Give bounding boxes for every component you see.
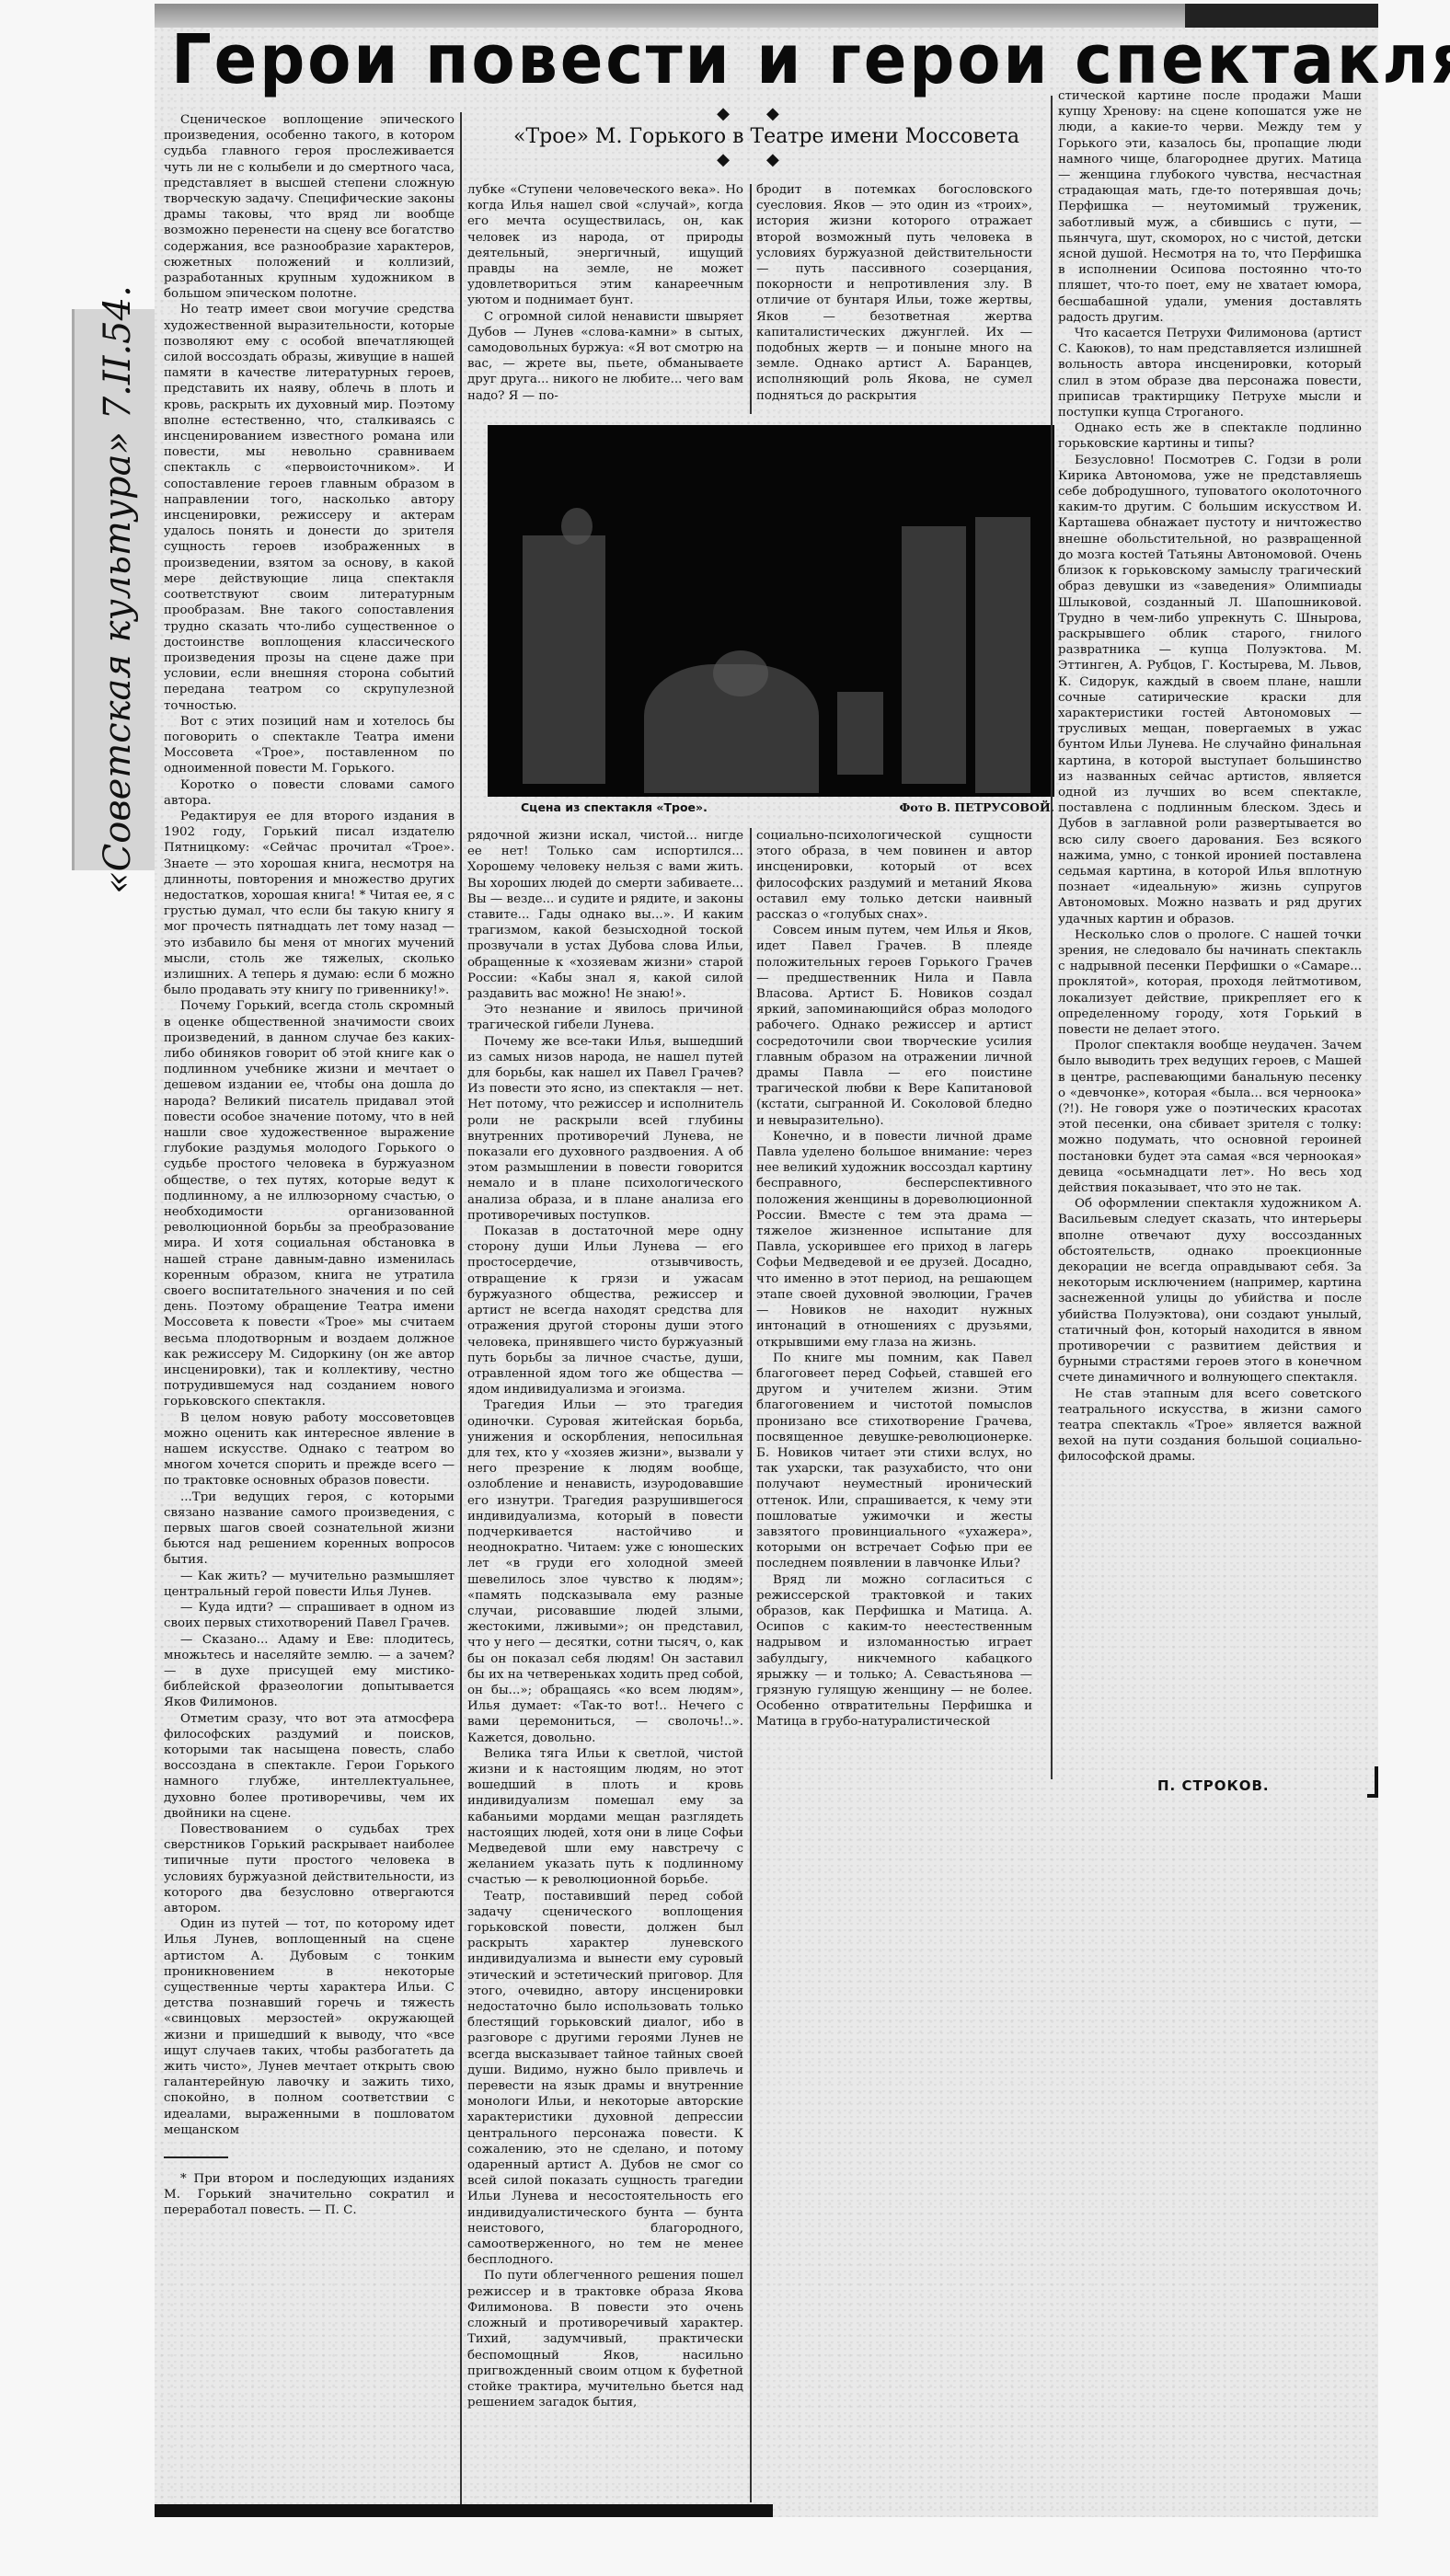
paragraph: Редактируя ее для второго издания в 1902… <box>164 809 455 998</box>
paragraph: рядочной жизни искал, чистой... нигде ее… <box>467 828 743 1002</box>
paragraph: Театр, поставивший перед собой задачу сц… <box>467 1889 743 2269</box>
column-1: Сценическое воплощение эпического произв… <box>164 112 455 2219</box>
corner-bracket <box>1367 1766 1378 1798</box>
paragraph: стической картине после продажи Маши куп… <box>1058 88 1362 326</box>
paragraph: Повествованием о судьбах трех сверстнико… <box>164 1822 455 1916</box>
footnote-divider <box>164 2156 228 2158</box>
paragraph: С огромной силой ненависти швыряет Дубов… <box>467 309 743 404</box>
column-2-top: лубке «Ступени человеческого века». Но к… <box>467 182 743 404</box>
paragraph: Совсем иным путем, чем Илья и Яков, идет… <box>756 923 1032 1129</box>
column-3: социально-психологической сущности этого… <box>756 828 1032 1731</box>
caption-text: Сцена из спектакля «Трое». <box>521 800 708 814</box>
paragraph: Сценическое воплощение эпического произв… <box>164 112 455 302</box>
paragraph: По книге мы помним, как Павел благоговее… <box>756 1351 1032 1572</box>
photo-credit: Фото В. ПЕТРУСОВОЙ. <box>899 800 1054 814</box>
headline: Герои повести и герои спектакля <box>171 24 1283 96</box>
author-signature: П. СТРОКОВ. <box>1157 1777 1270 1794</box>
paragraph: Почему же все-таки Илья, вышедший из сам… <box>467 1034 743 1224</box>
paragraph: — Как жить? — мучительно размышляет цент… <box>164 1569 455 1600</box>
column-divider <box>750 184 752 414</box>
scan-edge-bottom <box>155 2504 773 2517</box>
diamond-ornament-icon: ◆◆ <box>472 105 1061 123</box>
paragraph: социально-психологической сущности этого… <box>756 828 1032 923</box>
column-2: рядочной жизни искал, чистой... нигде ее… <box>467 828 743 2410</box>
column-3-top: бродит в потемках богословского суеслови… <box>756 182 1032 404</box>
paragraph: Трагедия Ильи — это трагедия одиночки. С… <box>467 1397 743 1745</box>
paragraph: бродит в потемках богословского суеслови… <box>756 182 1032 404</box>
performance-photo <box>488 425 1054 797</box>
paragraph: Вот с этих позиций нам и хотелось бы пог… <box>164 714 455 777</box>
paragraph: Отметим сразу, что вот эта атмосфера фил… <box>164 1711 455 1822</box>
paragraph: Велика тяга Ильи к светлой, чистой жизни… <box>467 1746 743 1889</box>
paragraph: Показав в достаточной мере одну сторону … <box>467 1224 743 1397</box>
column-divider <box>750 828 752 2502</box>
paragraph: Об оформлении спектакля художником А. Ва… <box>1058 1196 1362 1386</box>
paragraph: Вряд ли можно согласиться с режиссерской… <box>756 1572 1032 1731</box>
handwritten-annotation: «Советская культура» 7.II.54. <box>72 309 161 870</box>
column-4: стической картине после продажи Маши куп… <box>1058 88 1362 1466</box>
newspaper-clipping: Герои повести и герои спектакля ◆◆ «Трое… <box>155 4 1378 2517</box>
column-divider <box>460 112 462 2504</box>
paragraph: Конечно, и в повести личной драме Павла … <box>756 1129 1032 1351</box>
paragraph: Один из путей — тот, по которому идет Ил… <box>164 1916 455 2138</box>
column-divider <box>1051 96 1053 1779</box>
paragraph: Безусловно! Посмотрев С. Годзи в роли Ки… <box>1058 453 1362 927</box>
paragraph: Коротко о повести словами самого автора. <box>164 777 455 809</box>
photo-caption: Сцена из спектакля «Трое». Фото В. ПЕТРУ… <box>488 800 1054 819</box>
paragraph: — Сказано... Адаму и Еве: плодитесь, мно… <box>164 1632 455 1711</box>
paragraph: Несколько слов о прологе. С нашей точки … <box>1058 927 1362 1038</box>
paragraph: Это незнание и явилось причиной трагичес… <box>467 1002 743 1033</box>
paragraph: Пролог спектакля вообще неудачен. Зачем … <box>1058 1038 1362 1196</box>
paragraph: Что касается Петрухи Филимонова (артист … <box>1058 326 1362 420</box>
diamond-ornament-icon: ◆◆ <box>472 151 1061 169</box>
paragraph: ...Три ведущих героя, с которыми связано… <box>164 1489 455 1569</box>
paragraph: Но театр имеет свои могучие средства худ… <box>164 302 455 713</box>
paragraph: — Куда идти? — спрашивает в одном из сво… <box>164 1600 455 1631</box>
annotation-text: «Советская культура» 7.II.54. <box>97 285 139 894</box>
paragraph: лубке «Ступени человеческого века». Но к… <box>467 182 743 309</box>
paragraph: Почему Горький, всегда столь скромный в … <box>164 998 455 1409</box>
paragraph: Однако есть же в спектакле подлинно горь… <box>1058 420 1362 452</box>
subtitle-block: ◆◆ «Трое» М. Горького в Театре имени Мос… <box>472 105 1061 178</box>
paragraph: По пути облегченного решения пошел режис… <box>467 2268 743 2410</box>
paragraph: В целом новую работу моссоветовцев можно… <box>164 1410 455 1489</box>
subtitle: «Трое» М. Горького в Театре имени Моссов… <box>472 123 1061 151</box>
paragraph: Не став этапным для всего советского теа… <box>1058 1386 1362 1466</box>
footnote: * При втором и последующих изданиях М. Г… <box>164 2171 455 2219</box>
